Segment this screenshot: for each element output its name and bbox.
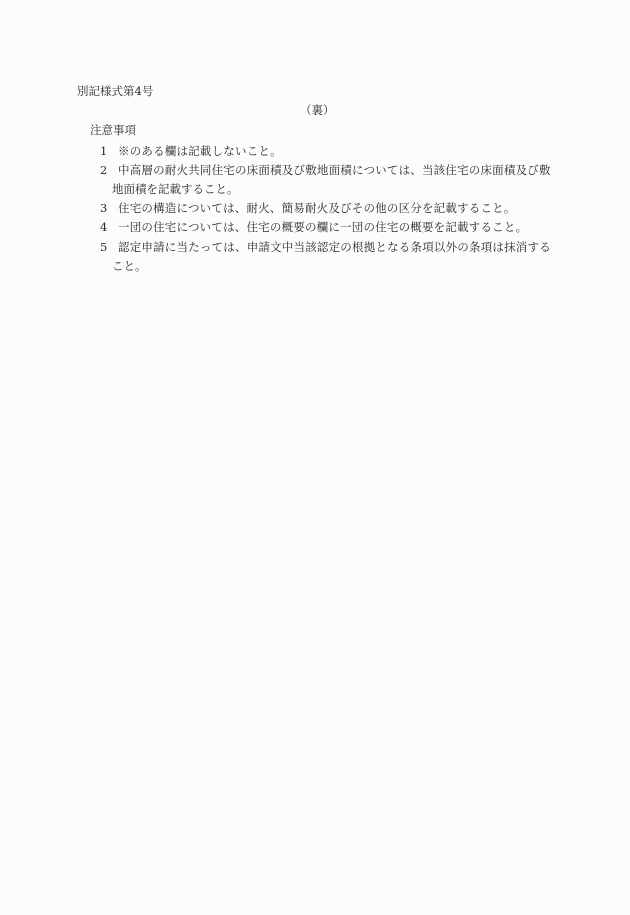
form-number: 別記様式第4号 [77,84,153,98]
note-number: 5 [100,240,118,254]
note-text: 中高層の耐火共同住宅の床面積及び敷地面積については、当該住宅の床面積及び敷 [118,163,551,177]
page-side-label: （裏） [300,103,335,117]
note-text: 住宅の構造については、耐火、簡易耐火及びその他の区分を記載すること。 [118,201,516,215]
note-text: 一団の住宅については、住宅の概要の欄に一団の住宅の概要を記載すること。 [118,220,527,234]
note-item-4: 4一団の住宅については、住宅の概要の欄に一団の住宅の概要を記載すること。 [100,220,527,234]
note-item-3: 3住宅の構造については、耐火、簡易耐火及びその他の区分を記載すること。 [100,201,516,215]
note-text: 認定申請に当たっては、申請文中当該認定の根拠となる条項以外の条項は抹消する [118,240,551,254]
note-text: ※のある欄は記載しないこと。 [118,144,282,158]
note-item-5: 5認定申請に当たっては、申請文中当該認定の根拠となる条項以外の条項は抹消する [100,240,551,254]
note-item-2: 2中高層の耐火共同住宅の床面積及び敷地面積については、当該住宅の床面積及び敷 [100,163,551,177]
note-item-1: 1※のある欄は記載しないこと。 [100,144,282,158]
note-number: 1 [100,144,118,158]
note-number: 2 [100,163,118,177]
note-number: 3 [100,201,118,215]
note-item-2-continuation: 地面積を記載すること。 [112,182,239,196]
note-number: 4 [100,220,118,234]
note-item-5-continuation: こと。 [112,259,147,273]
notes-heading: 注意事項 [90,123,136,137]
